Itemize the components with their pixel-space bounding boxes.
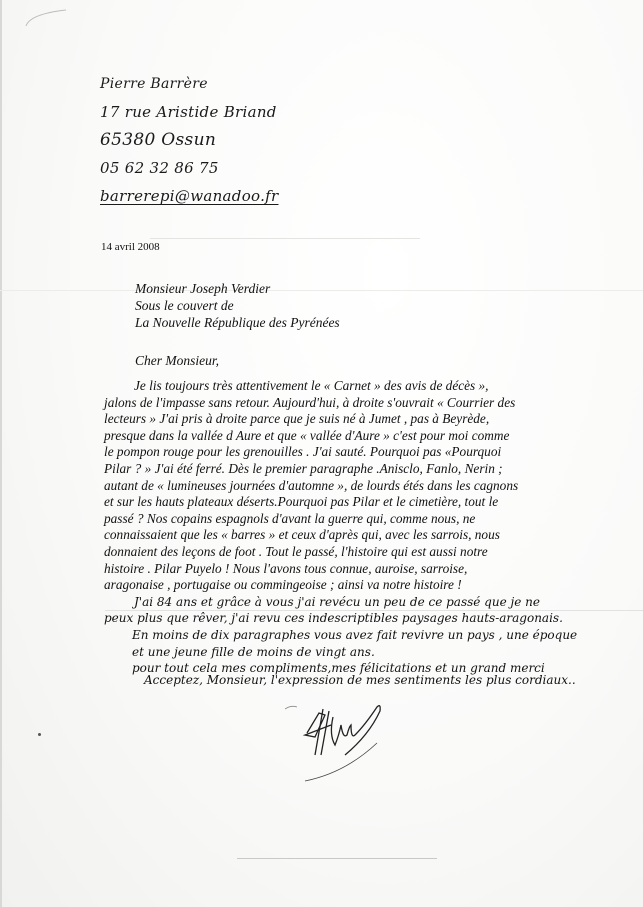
sender-address: Pierre Barrère 17 rue Aristide Briand 65… bbox=[100, 70, 279, 210]
body-line: histoire . Pilar Puyelo ! Nous l'avons t… bbox=[104, 561, 624, 578]
body-line: autant de « lumineuses journées d'automn… bbox=[104, 478, 624, 495]
body-line: peux plus que rêver, j'ai revu ces indes… bbox=[104, 610, 624, 627]
closing-formula: Acceptez, Monsieur, l'expression de mes … bbox=[144, 673, 576, 687]
letter-page: Pierre Barrère 17 rue Aristide Briand 65… bbox=[0, 0, 643, 907]
signature-image bbox=[285, 695, 410, 785]
sender-phone: 05 62 32 86 75 bbox=[100, 154, 279, 182]
recipient-line: Monsieur Joseph Verdier bbox=[135, 280, 340, 297]
fold-line bbox=[237, 858, 437, 859]
body-line: et sur les hauts plateaux déserts.Pourqu… bbox=[104, 494, 624, 511]
scan-edge bbox=[0, 0, 2, 907]
body-line: et une jeune fille de moins de vingt ans… bbox=[104, 644, 624, 661]
sender-city: 65380 Ossun bbox=[100, 126, 279, 154]
letter-date: 14 avril 2008 bbox=[101, 241, 160, 253]
recipient-line: La Nouvelle République des Pyrénées bbox=[135, 314, 340, 331]
body-line: donnaient des leçons de foot . Tout le p… bbox=[104, 544, 624, 561]
body-line: passé ? Nos copains espagnols d'avant la… bbox=[104, 511, 624, 528]
body-line: le pompon rouge pour les grenouilles . J… bbox=[104, 444, 624, 461]
fold-line bbox=[150, 238, 420, 239]
body-line: Pilar ? » J'ai été ferré. Dès le premier… bbox=[104, 461, 624, 478]
body-line: connaissaient que les « barres » et ceux… bbox=[104, 527, 624, 544]
sender-street: 17 rue Aristide Briand bbox=[100, 98, 279, 126]
recipient-address: Monsieur Joseph Verdier Sous le couvert … bbox=[135, 280, 340, 331]
pencil-mark bbox=[24, 8, 68, 28]
body-line: aragonaise , portugaise ou commingeoise … bbox=[104, 577, 624, 594]
letter-body: Je lis toujours très attentivement le « … bbox=[104, 378, 624, 677]
body-line: presque dans la vallée d Aure et que « v… bbox=[104, 428, 624, 445]
body-line: J'ai 84 ans et grâce à vous j'ai revécu … bbox=[104, 594, 624, 611]
sender-name: Pierre Barrère bbox=[100, 70, 279, 98]
body-line: lecteurs » J'ai pris à droite parce que … bbox=[104, 411, 624, 428]
body-line: En moins de dix paragraphes vous avez fa… bbox=[104, 627, 624, 644]
sender-email: barrerepi@wanadoo.fr bbox=[100, 182, 279, 210]
body-line: Je lis toujours très attentivement le « … bbox=[104, 378, 624, 395]
stray-mark bbox=[38, 733, 41, 736]
salutation: Cher Monsieur, bbox=[135, 353, 219, 369]
recipient-line: Sous le couvert de bbox=[135, 297, 340, 314]
body-line: jalons de l'impasse sans retour. Aujourd… bbox=[104, 395, 624, 412]
